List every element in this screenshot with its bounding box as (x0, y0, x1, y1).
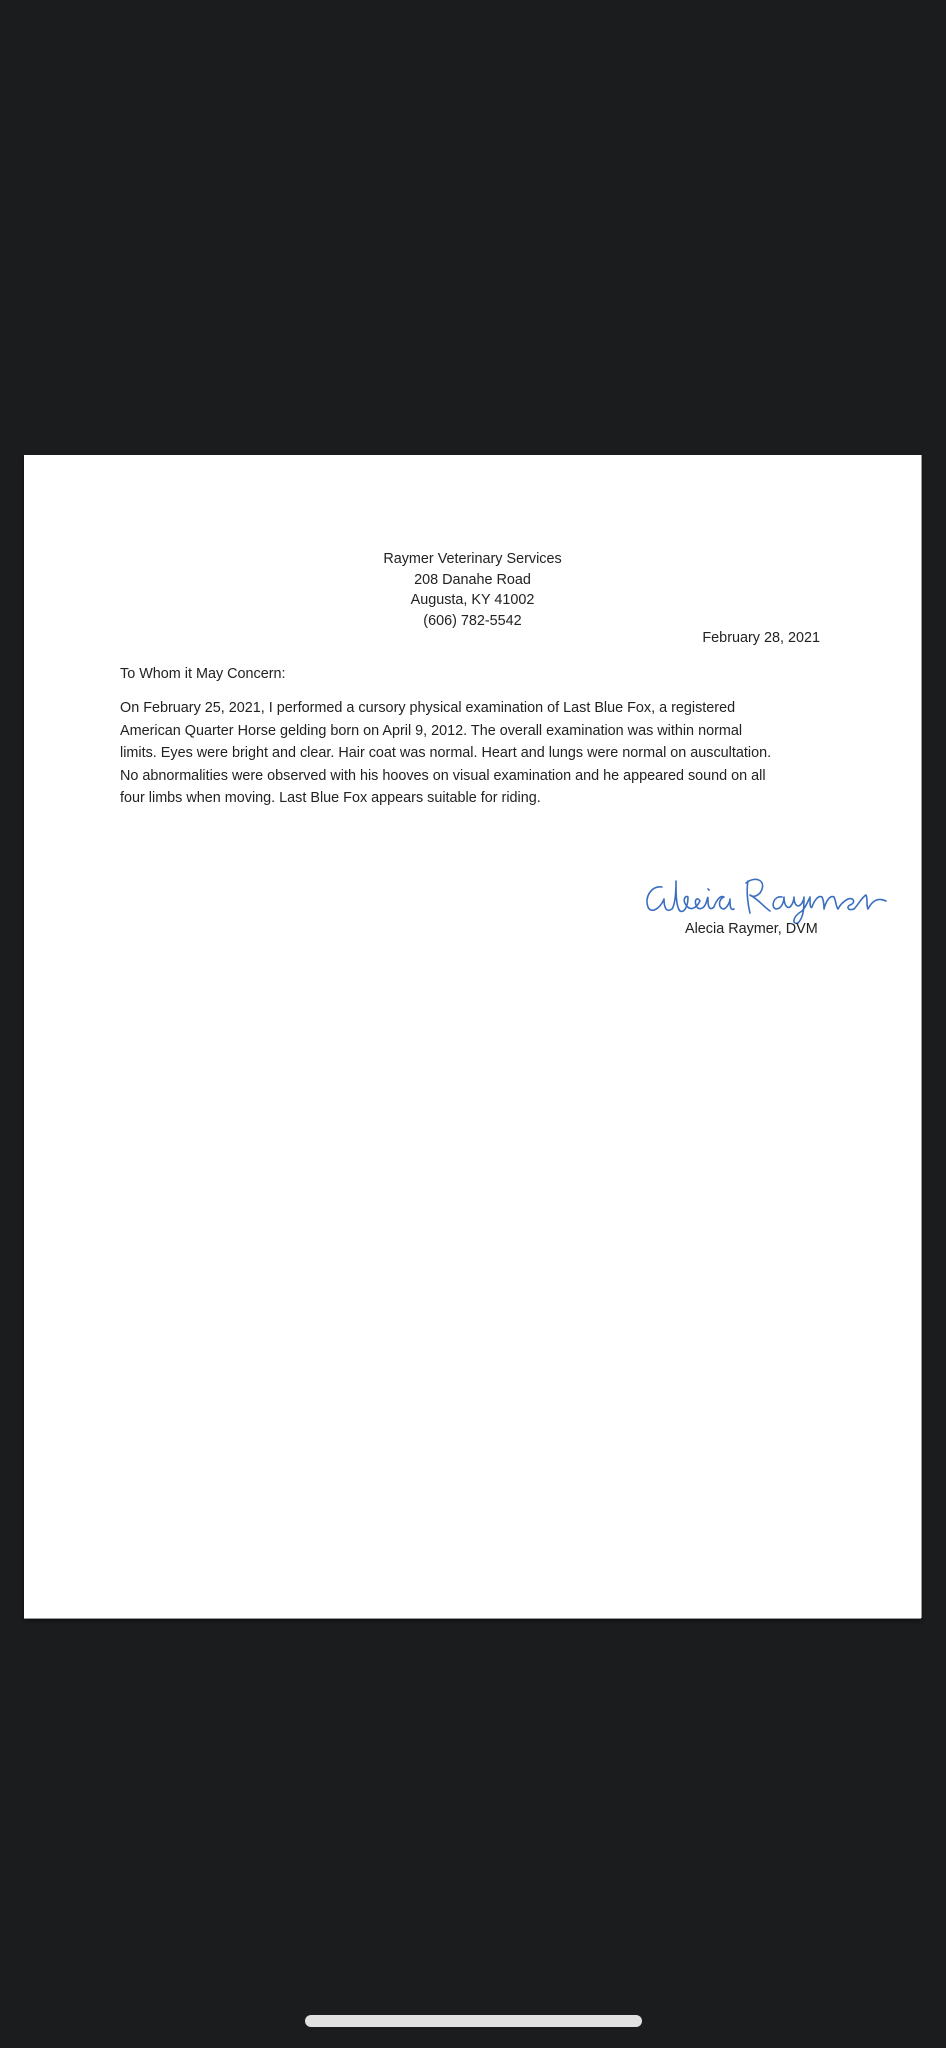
street-address: 208 Danahe Road (24, 570, 921, 591)
body-line: On February 25, 2021, I performed a curs… (120, 697, 771, 720)
letter-body: On February 25, 2021, I performed a curs… (120, 697, 771, 810)
document-page: Raymer Veterinary Services 208 Danahe Ro… (24, 455, 921, 1618)
city-state-zip: Augusta, KY 41002 (24, 590, 921, 611)
body-line: four limbs when moving. Last Blue Fox ap… (120, 787, 771, 810)
body-line: No abnormalities were observed with his … (120, 765, 771, 788)
handwritten-signature (642, 867, 912, 927)
body-line: American Quarter Horse gelding born on A… (120, 720, 771, 743)
signatory-name: Alecia Raymer, DVM (685, 921, 818, 937)
company-name: Raymer Veterinary Services (24, 549, 921, 570)
salutation: To Whom it May Concern: (120, 666, 286, 682)
home-indicator-bar[interactable] (305, 2015, 642, 2027)
body-line: limits. Eyes were bright and clear. Hair… (120, 742, 771, 765)
letter-date: February 28, 2021 (24, 630, 820, 646)
phone-number: (606) 782-5542 (24, 611, 921, 632)
letterhead: Raymer Veterinary Services 208 Danahe Ro… (24, 549, 921, 631)
